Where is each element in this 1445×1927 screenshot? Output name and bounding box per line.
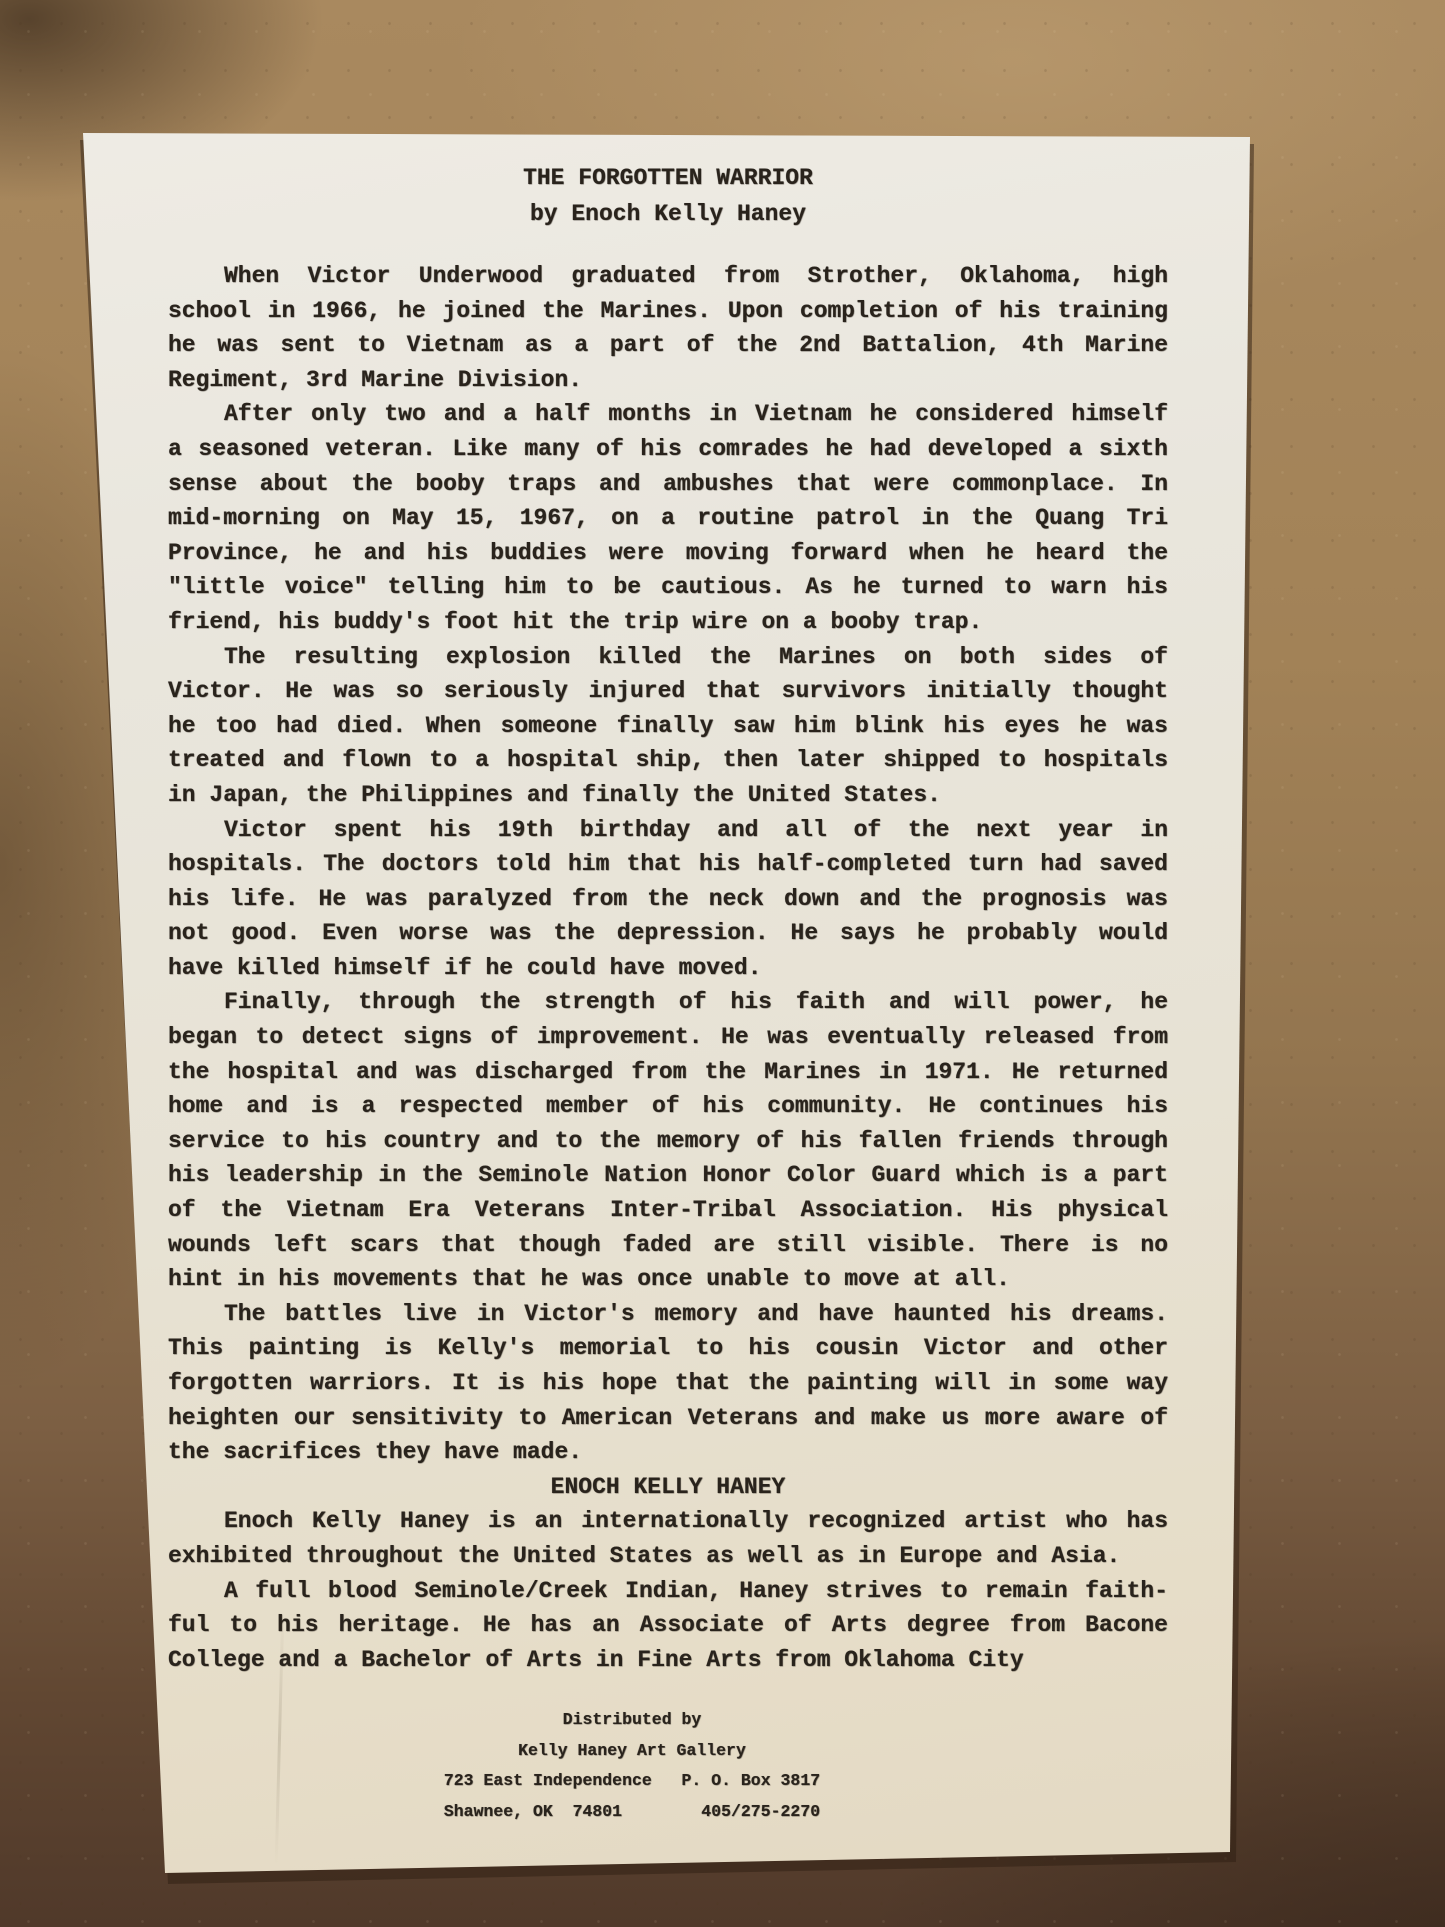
text-line: The resulting explosion killed the Marin… bbox=[168, 640, 1168, 675]
text-line: mid-morning on May 15, 1967, on a routin… bbox=[168, 501, 1168, 536]
text-line: school in 1966, he joined the Marines. U… bbox=[168, 294, 1168, 329]
text-line: sense about the booby traps and ambushes… bbox=[168, 467, 1168, 502]
footer-line: 723 East Independence P. O. Box 3817 bbox=[132, 1766, 1132, 1797]
text-line: Finally, through the strength of his fai… bbox=[168, 985, 1168, 1020]
text-line: treated and flown to a hospital ship, th… bbox=[168, 743, 1168, 778]
text-line: When Victor Underwood graduated from Str… bbox=[168, 259, 1168, 294]
paragraph: Enoch Kelly Haney is an internationally … bbox=[168, 1504, 1168, 1573]
text-line: of the Vietnam Era Veterans Inter-Tribal… bbox=[168, 1193, 1168, 1228]
text-line: This painting is Kelly's memorial to his… bbox=[168, 1331, 1168, 1366]
text-line: home and is a respected member of his co… bbox=[168, 1089, 1168, 1124]
text-line: the sacrifices they have made. bbox=[168, 1435, 1168, 1470]
footer-line: Distributed by bbox=[132, 1705, 1132, 1736]
text-line: not good. Even worse was the depression.… bbox=[168, 916, 1168, 951]
document-byline: by Enoch Kelly Haney bbox=[168, 196, 1168, 232]
text-line: the hospital and was discharged from the… bbox=[168, 1055, 1168, 1090]
paragraph: When Victor Underwood graduated from Str… bbox=[168, 259, 1168, 397]
text-line: service to his country and to the memory… bbox=[168, 1124, 1168, 1159]
text-line: his life. He was paralyzed from the neck… bbox=[168, 882, 1168, 917]
distributor-block: Distributed byKelly Haney Art Gallery723… bbox=[132, 1705, 1132, 1828]
text-line: in Japan, the Philippines and finally th… bbox=[168, 778, 1168, 813]
photo-of-document: THE FORGOTTEN WARRIOR by Enoch Kelly Han… bbox=[0, 0, 1445, 1927]
footer-line: Kelly Haney Art Gallery bbox=[132, 1736, 1132, 1767]
text-line: After only two and a half months in Viet… bbox=[168, 397, 1168, 432]
text-line: began to detect signs of improvement. He… bbox=[168, 1020, 1168, 1055]
text-line: friend, his buddy's foot hit the trip wi… bbox=[168, 605, 1168, 640]
text-line: his leadership in the Seminole Nation Ho… bbox=[168, 1158, 1168, 1193]
text-line: Victor. He was so seriously injured that… bbox=[168, 674, 1168, 709]
text-line: ful to his heritage. He has an Associate… bbox=[168, 1608, 1168, 1643]
paragraph: After only two and a half months in Viet… bbox=[168, 397, 1168, 639]
paragraph: The resulting explosion killed the Marin… bbox=[168, 640, 1168, 813]
text-line: have killed himself if he could have mov… bbox=[168, 951, 1168, 986]
footer-line: Shawnee, OK 74801 405/275-2270 bbox=[132, 1797, 1132, 1828]
paragraph: The battles live in Victor's memory and … bbox=[168, 1297, 1168, 1470]
document-body: When Victor Underwood graduated from Str… bbox=[168, 259, 1168, 1677]
text-line: College and a Bachelor of Arts in Fine A… bbox=[168, 1643, 1168, 1678]
paragraph: Finally, through the strength of his fai… bbox=[168, 985, 1168, 1296]
document-title: THE FORGOTTEN WARRIOR bbox=[168, 160, 1168, 196]
text-line: forgotten warriors. It is his hope that … bbox=[168, 1366, 1168, 1401]
text-line: hospitals. The doctors told him that his… bbox=[168, 847, 1168, 882]
text-line: "little voice" telling him to be cautiou… bbox=[168, 570, 1168, 605]
paragraph: Victor spent his 19th birthday and all o… bbox=[168, 813, 1168, 986]
text-line: Victor spent his 19th birthday and all o… bbox=[168, 813, 1168, 848]
text-line: A full blood Seminole/Creek Indian, Hane… bbox=[168, 1574, 1168, 1609]
title-block: THE FORGOTTEN WARRIOR by Enoch Kelly Han… bbox=[168, 160, 1168, 232]
text-line: he was sent to Vietnam as a part of the … bbox=[168, 328, 1168, 363]
text-line: The battles live in Victor's memory and … bbox=[168, 1297, 1168, 1332]
text-line: exhibited throughout the United States a… bbox=[168, 1539, 1168, 1574]
text-line: heighten our sensitivity to American Vet… bbox=[168, 1401, 1168, 1436]
text-line: Enoch Kelly Haney is an internationally … bbox=[168, 1504, 1168, 1539]
text-line: Regiment, 3rd Marine Division. bbox=[168, 363, 1168, 398]
text-line: wounds left scars that though faded are … bbox=[168, 1228, 1168, 1263]
text-line: Province, he and his buddies were moving… bbox=[168, 536, 1168, 571]
text-line: he too had died. When someone finally sa… bbox=[168, 709, 1168, 744]
text-line: a seasoned veteran. Like many of his com… bbox=[168, 432, 1168, 467]
text-line: hint in his movements that he was once u… bbox=[168, 1262, 1168, 1297]
bio-subheading: ENOCH KELLY HANEY bbox=[168, 1470, 1168, 1505]
paragraph: A full blood Seminole/Creek Indian, Hane… bbox=[168, 1574, 1168, 1678]
